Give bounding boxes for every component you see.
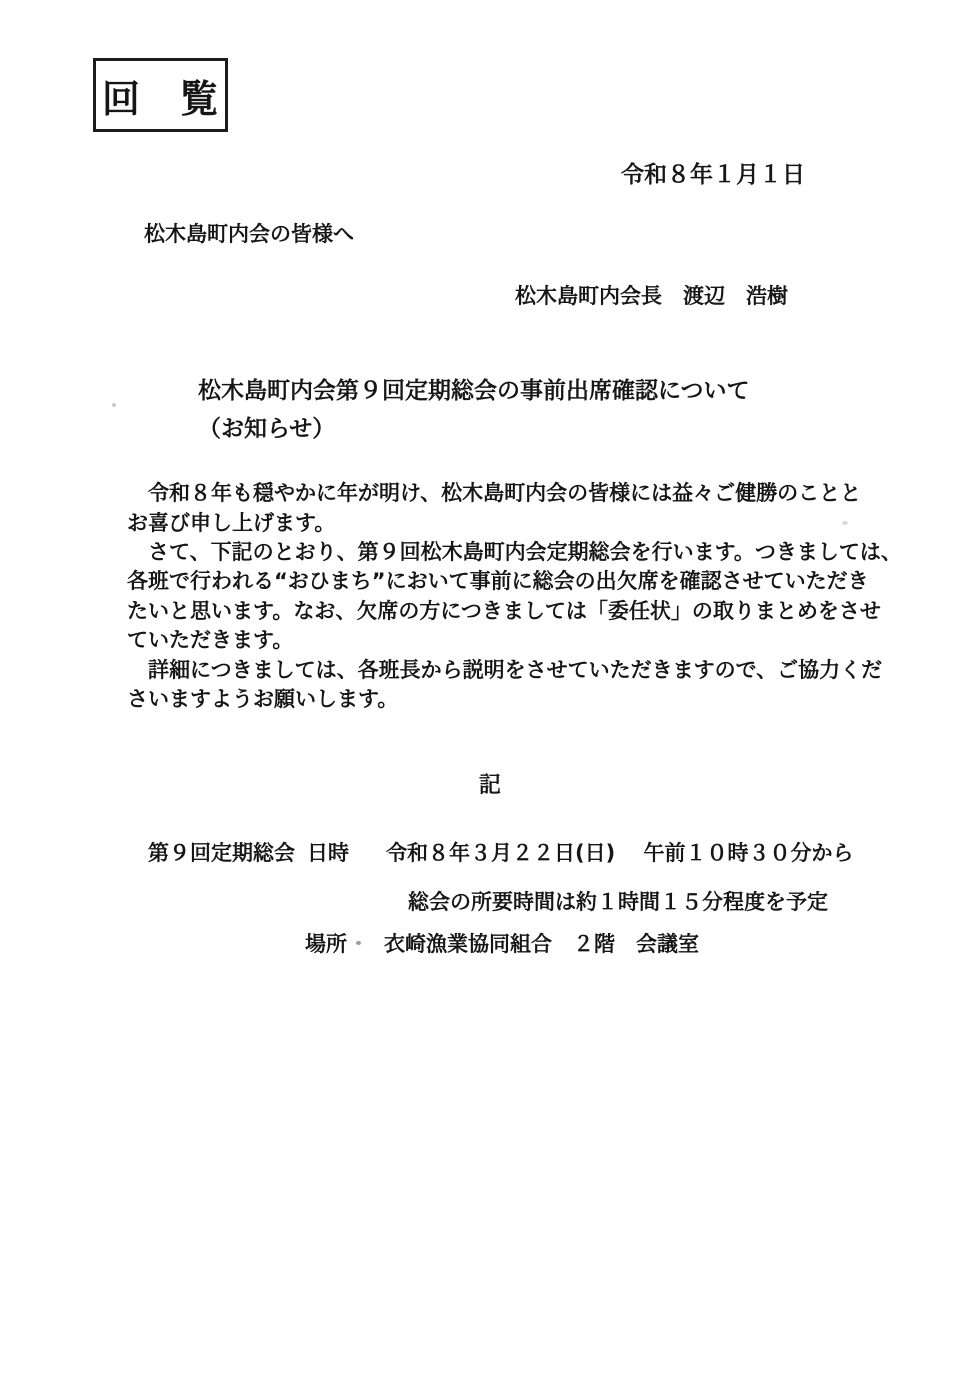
section-marker-ki: 記: [0, 772, 980, 800]
datetime-label: 日時: [307, 840, 349, 866]
place-value: 衣崎漁業協同組合 ２階 会議室: [384, 931, 699, 957]
scan-artifact-speck: [112, 403, 116, 407]
body-text-line: 令和８年も穏やかに年が明け、松木島町内会の皆様には益々ご健勝のことと: [127, 480, 861, 506]
scanned-notice-page: 回 覧 令和８年１月１日 松木島町内会の皆様へ 松木島町内会長 渡辺 浩樹 松木…: [0, 0, 980, 1378]
body-text-line: ていただきます。: [127, 627, 293, 653]
body-text-line: たいと思います。なお、欠席の方につきましては「委任状」の取りまとめをさせ: [127, 598, 881, 624]
sender: 松木島町内会長 渡辺 浩樹: [515, 283, 788, 309]
scan-artifact-speck: [356, 941, 361, 945]
body-text-line: さて、下記のとおり、第９回松木島町内会定期総会を行います。つきましては、: [127, 539, 902, 565]
circulation-stamp-box: 回 覧: [93, 58, 228, 132]
body-text-line: さいますようお願いします。: [127, 686, 398, 712]
addressee: 松木島町内会の皆様へ: [144, 221, 354, 247]
body-text-line: 各班で行われる“おひまち”において事前に総会の出欠席を確認させていただき: [127, 568, 869, 594]
body-text-line: お喜び申し上げます。: [127, 510, 335, 536]
circulation-stamp-text: 回 覧: [102, 68, 219, 123]
datetime-value: 令和８年３月２２日(日) 午前１０時３０分から: [386, 840, 854, 866]
body-text-line: 詳細につきましては、各班長から説明をさせていただきますので、ご協力くだ: [127, 657, 882, 683]
duration-note: 総会の所要時間は約１時間１５分程度を予定: [408, 889, 828, 915]
meeting-name: 第９回定期総会: [148, 840, 295, 866]
place-label: 場所: [305, 931, 347, 957]
scan-artifact-speck: [842, 521, 848, 525]
document-title: 松木島町内会第９回定期総会の事前出席確認について: [198, 377, 750, 406]
document-date: 令和８年１月１日: [621, 161, 805, 190]
document-subtitle: （お知らせ）: [198, 415, 335, 444]
